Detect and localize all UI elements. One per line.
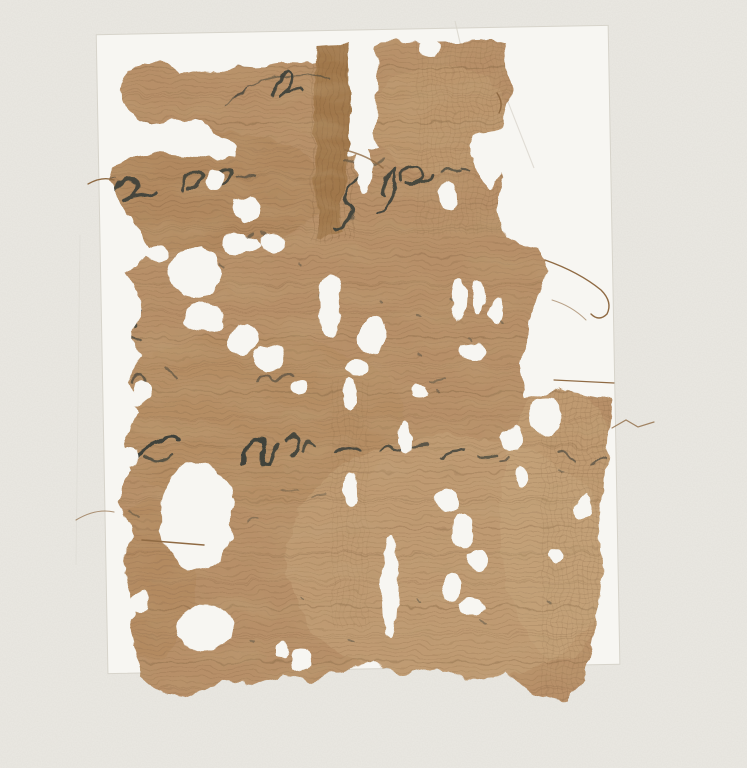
lacuna (345, 359, 365, 375)
lacuna (178, 602, 234, 650)
papyrus-scan (0, 0, 747, 768)
lacuna (467, 551, 491, 571)
lacuna (132, 591, 150, 611)
lacuna (291, 380, 309, 394)
lacuna (460, 598, 482, 616)
lacuna (549, 549, 563, 563)
lacuna (382, 534, 398, 638)
lacuna (168, 248, 222, 296)
papyrus-fragment (75, 28, 633, 720)
lacuna (433, 489, 461, 513)
lacuna (185, 124, 207, 140)
lacuna (255, 345, 283, 369)
lacuna (575, 496, 593, 520)
lacuna (205, 170, 225, 190)
lacuna (227, 326, 259, 354)
lacuna (414, 384, 428, 398)
lacuna (345, 474, 359, 508)
lacuna (343, 378, 357, 414)
lacuna (489, 300, 503, 324)
lacuna (222, 233, 258, 253)
lacuna (145, 243, 169, 263)
lacuna (529, 396, 563, 436)
lacuna (514, 467, 528, 485)
lacuna (183, 302, 223, 334)
lacuna (131, 380, 149, 404)
lacuna (471, 278, 485, 314)
lacuna (349, 34, 375, 150)
lacuna (451, 278, 465, 322)
lacuna (420, 39, 440, 57)
lacuna (462, 342, 486, 362)
lacuna (217, 497, 235, 515)
lacuna (172, 468, 198, 494)
lacuna (452, 514, 474, 550)
lacuna (399, 422, 411, 454)
lacuna (320, 274, 342, 338)
lacuna (442, 573, 460, 601)
lacuna (291, 649, 311, 673)
lacuna (234, 193, 260, 223)
lacuna (258, 234, 286, 254)
lacuna (501, 426, 523, 454)
lacuna (276, 642, 290, 660)
lacuna (359, 316, 385, 356)
lacuna (474, 138, 504, 186)
lacuna (439, 185, 457, 209)
lacuna (122, 446, 140, 466)
